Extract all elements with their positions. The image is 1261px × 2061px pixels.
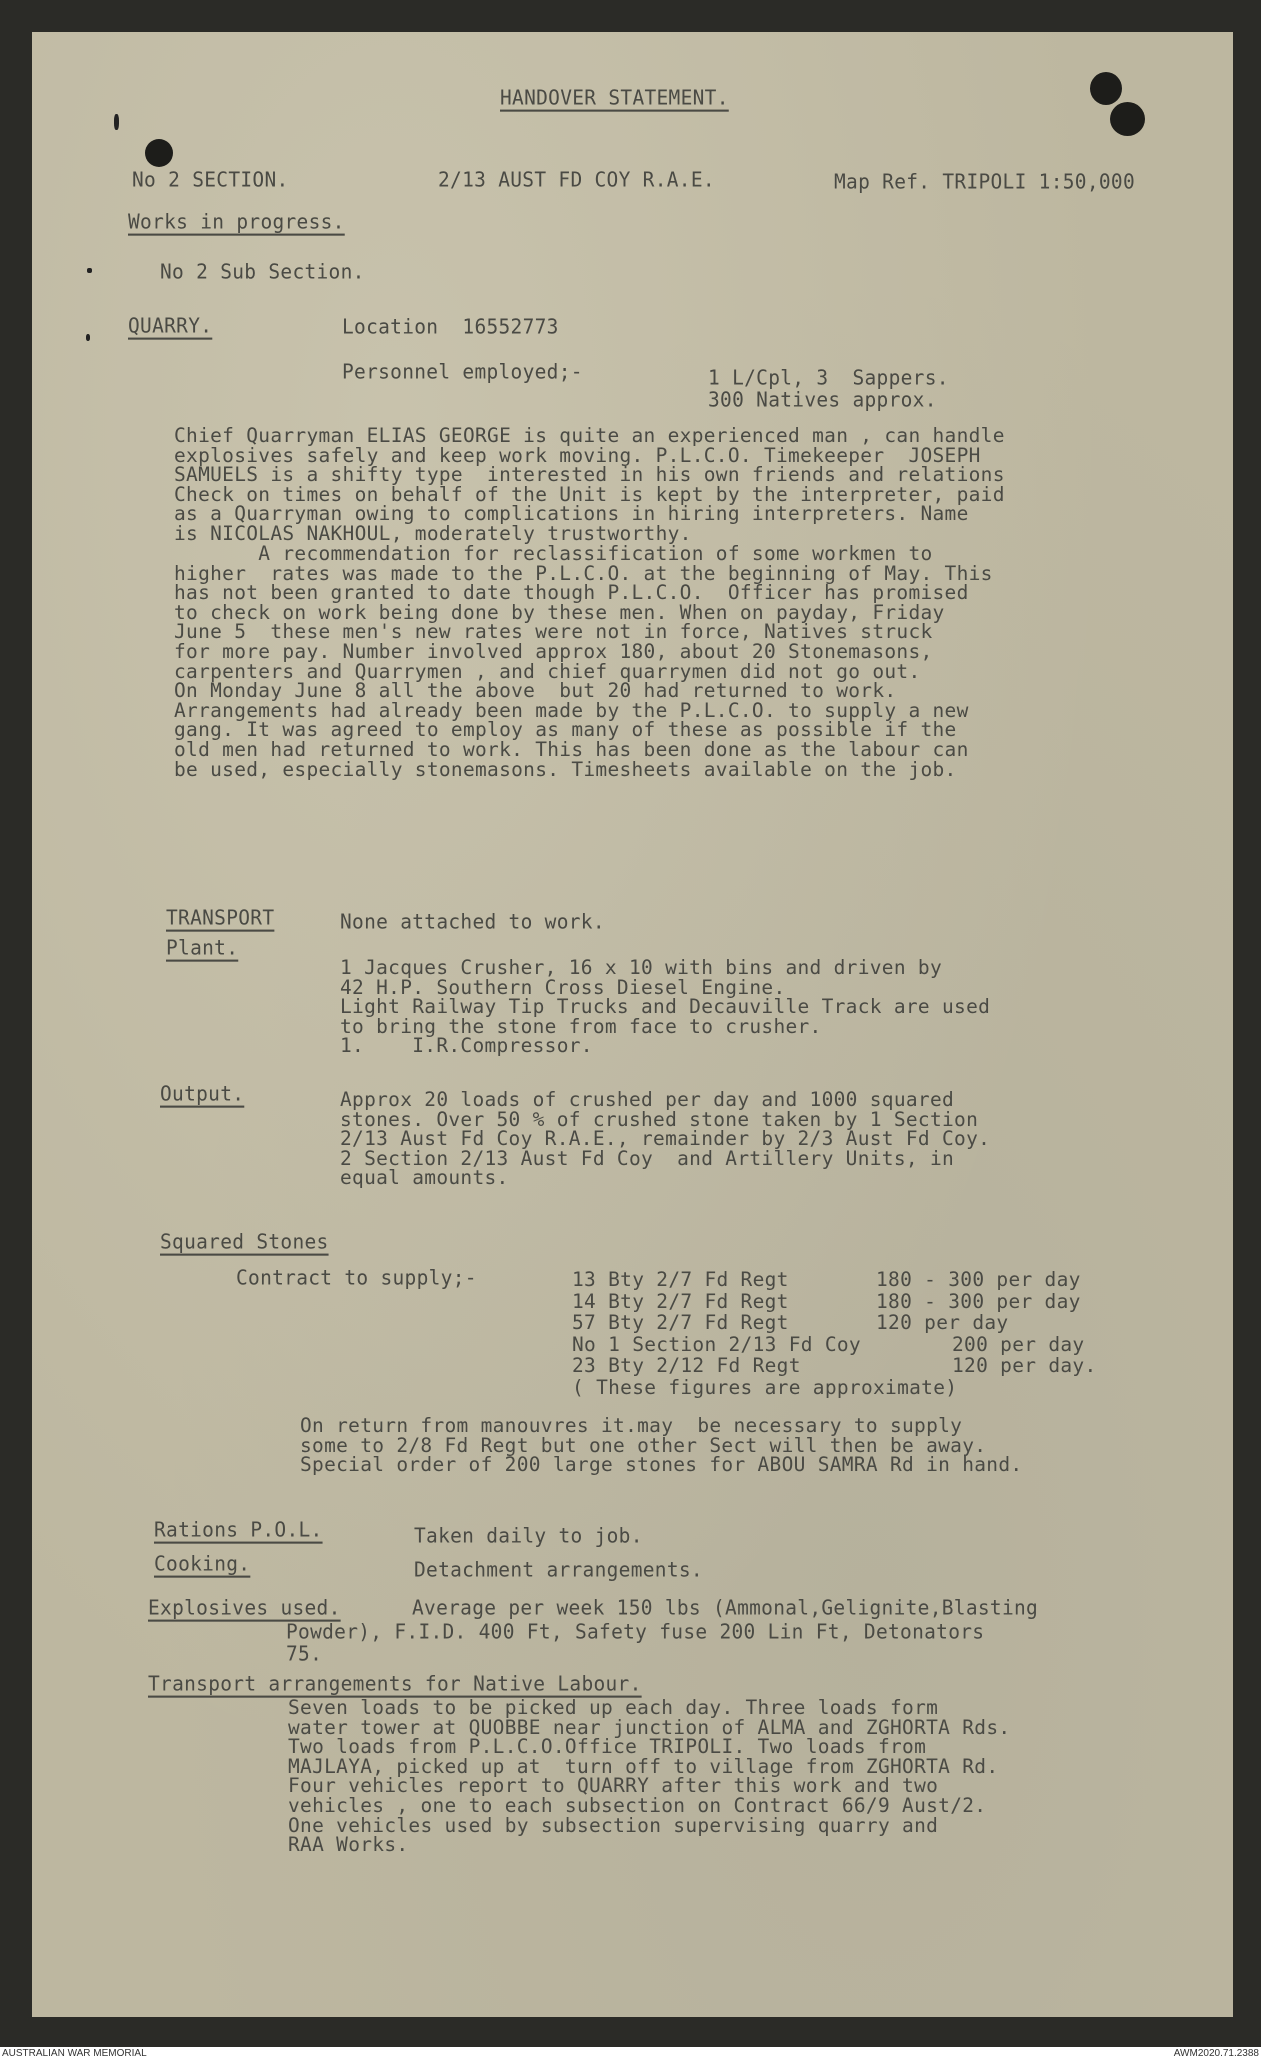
- unit-label: 2/13 AUST FD COY R.A.E.: [438, 170, 715, 190]
- archive-name: AUSTRALIAN WAR MEMORIAL: [2, 2048, 147, 2059]
- punch-hole: [1090, 72, 1122, 105]
- contract-unit: 23 Bty 2/12 Fd Regt: [572, 1356, 801, 1376]
- transport-line: RAA Works.: [288, 1835, 1010, 1855]
- paragraph-line: is NICOLAS NAKHOUL, moderately trustwort…: [174, 524, 1005, 544]
- contract-row: No 1 Section 2/13 Fd Coy 200 per day: [572, 1335, 957, 1357]
- paragraph-line: On Monday June 8 all the above but 20 ha…: [174, 681, 993, 701]
- punch-hole: [1110, 102, 1145, 136]
- quarry-heading: QUARRY.: [128, 316, 212, 336]
- output-heading: Output.: [160, 1084, 244, 1104]
- transport-value: None attached to work.: [340, 912, 605, 932]
- transport-line: vehicles , one to each subsection on Con…: [288, 1796, 1010, 1816]
- contract-qty: 120 per day.: [952, 1356, 1096, 1376]
- document-title: HANDOVER STATEMENT.: [500, 88, 729, 108]
- plant-heading: Plant.: [166, 938, 238, 958]
- contract-label: Contract to supply;-: [236, 1268, 477, 1288]
- explosives-line-3: 75.: [286, 1644, 322, 1664]
- contract-row: 23 Bty 2/12 Fd Regt 120 per day.: [572, 1356, 957, 1378]
- contract-row: 13 Bty 2/7 Fd Regt 180 - 300 per day: [572, 1270, 957, 1292]
- paragraph-line: gang. It was agreed to employ as many of…: [174, 720, 993, 740]
- rations-heading: Rations P.O.L.: [154, 1520, 323, 1540]
- subsection-label: No 2 Sub Section.: [160, 262, 365, 282]
- transport-line: Seven loads to be picked up each day. Th…: [288, 1698, 1010, 1718]
- paragraph-line: SAMUELS is a shifty type interested in h…: [174, 465, 1005, 485]
- squared-stones-after: On return from manouvres it.may be neces…: [300, 1416, 1022, 1475]
- contract-qty: 200 per day: [952, 1335, 1084, 1355]
- contract-note: ( These figures are approximate): [572, 1378, 957, 1398]
- contract-qty: 120 per day: [876, 1313, 1008, 1333]
- quarry-paragraph-1: Chief Quarryman ELIAS GEORGE is quite an…: [174, 426, 1005, 544]
- contract-qty: 180 - 300 per day: [876, 1270, 1081, 1290]
- contract-unit: No 1 Section 2/13 Fd Coy: [572, 1335, 861, 1355]
- cooking-value: Detachment arrangements.: [414, 1560, 703, 1580]
- section-label: No 2 SECTION.: [132, 170, 289, 190]
- output-line: Approx 20 loads of crushed per day and 1…: [340, 1090, 990, 1110]
- paragraph-line: has not been granted to date though P.L.…: [174, 583, 993, 603]
- plant-lines: 1 Jacques Crusher, 16 x 10 with bins and…: [340, 958, 990, 1056]
- archive-footer: AUSTRALIAN WAR MEMORIAL AWM2020.71.2388: [0, 2047, 1261, 2061]
- map-reference: Map Ref. TRIPOLI 1:50,000: [834, 172, 1135, 192]
- squared-stones-heading: Squared Stones: [160, 1232, 329, 1252]
- works-heading: Works in progress.: [128, 212, 345, 232]
- ink-speck: [87, 268, 92, 273]
- archive-reference: AWM2020.71.2388: [1174, 2048, 1259, 2059]
- squared-line: Special order of 200 large stones for AB…: [300, 1455, 1022, 1475]
- quarry-location: Location 16552773: [342, 317, 559, 337]
- personnel-line-1: 1 L/Cpl, 3 Sappers.: [708, 368, 949, 388]
- contract-qty: 180 - 300 per day: [876, 1292, 1081, 1312]
- plant-line: 1. I.R.Compressor.: [340, 1036, 990, 1056]
- contract-row: 14 Bty 2/7 Fd Regt 180 - 300 per day: [572, 1292, 957, 1314]
- quarry-paragraph-2: A recommendation for reclassification of…: [174, 544, 993, 779]
- explosives-line-2: Powder), F.I.D. 400 Ft, Safety fuse 200 …: [286, 1622, 984, 1642]
- punch-hole: [145, 139, 173, 167]
- personnel-label: Personnel employed;-: [342, 362, 583, 382]
- output-lines: Approx 20 loads of crushed per day and 1…: [340, 1090, 990, 1188]
- transport-heading: TRANSPORT: [166, 908, 274, 928]
- paragraph-line: Chief Quarryman ELIAS GEORGE is quite an…: [174, 426, 1005, 446]
- contract-unit: 57 Bty 2/7 Fd Regt: [572, 1313, 789, 1333]
- paragraph-line: old men had returned to work. This has b…: [174, 740, 993, 760]
- contract-unit: 13 Bty 2/7 Fd Regt: [572, 1270, 789, 1290]
- ink-speck: [86, 334, 90, 341]
- ink-speck: [114, 114, 119, 130]
- transport-native-heading: Transport arrangements for Native Labour…: [148, 1674, 642, 1694]
- rations-value: Taken daily to job.: [414, 1526, 643, 1546]
- plant-line: Light Railway Tip Trucks and Decauville …: [340, 997, 990, 1017]
- plant-line: 1 Jacques Crusher, 16 x 10 with bins and…: [340, 958, 990, 978]
- transport-line: Two loads from P.L.C.O.Office TRIPOLI. T…: [288, 1737, 1010, 1757]
- paragraph-line: be used, especially stonemasons. Timeshe…: [174, 760, 993, 780]
- contract-row: 57 Bty 2/7 Fd Regt 120 per day: [572, 1313, 957, 1335]
- paragraph-line: for more pay. Number involved approx 180…: [174, 642, 993, 662]
- personnel-line-2: 300 Natives approx.: [708, 390, 937, 410]
- document-page: HANDOVER STATEMENT. No 2 SECTION. 2/13 A…: [32, 32, 1233, 2017]
- paragraph-line: A recommendation for reclassification of…: [174, 544, 993, 564]
- squared-line: On return from manouvres it.may be neces…: [300, 1416, 1022, 1436]
- explosives-heading: Explosives used.: [148, 1598, 341, 1618]
- contract-unit: 14 Bty 2/7 Fd Regt: [572, 1292, 789, 1312]
- output-line: 2/13 Aust Fd Coy R.A.E., remainder by 2/…: [340, 1129, 990, 1149]
- explosives-line-1: Average per week 150 lbs (Ammonal,Gelign…: [412, 1598, 1038, 1618]
- contract-list: 13 Bty 2/7 Fd Regt 180 - 300 per day 14 …: [572, 1270, 957, 1397]
- cooking-heading: Cooking.: [154, 1554, 250, 1574]
- output-line: equal amounts.: [340, 1168, 990, 1188]
- transport-native-lines: Seven loads to be picked up each day. Th…: [288, 1698, 1010, 1855]
